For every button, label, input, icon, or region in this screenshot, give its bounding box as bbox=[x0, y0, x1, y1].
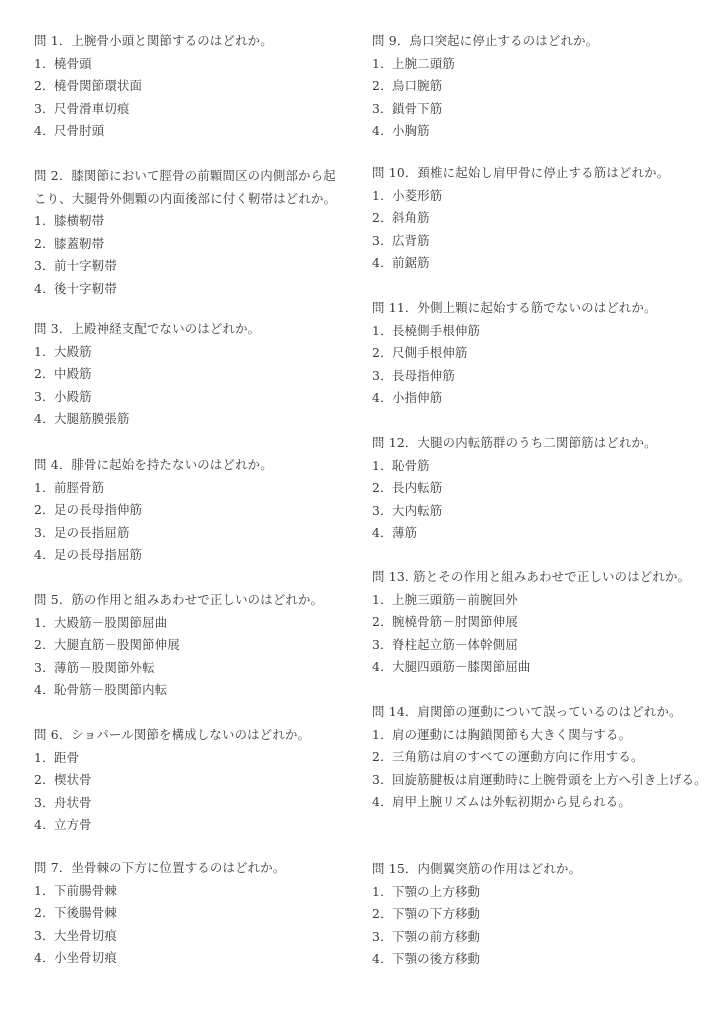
question-15: 問 15．内側翼突筋の作用はどれか。 1．下顎の上方移動 2．下顎の下方移動 3… bbox=[372, 858, 702, 971]
question-stem: 問 1．上腕骨小頭と関節するのはどれか。 bbox=[34, 30, 374, 53]
option-4: 4．尺骨肘頭 bbox=[34, 120, 374, 143]
option-number: 3． bbox=[34, 925, 54, 948]
option-number: 4． bbox=[34, 120, 54, 143]
option-number: 1． bbox=[372, 185, 392, 208]
option-text: 肩の運動には胸鎖関節も大きく関与する。 bbox=[392, 724, 702, 747]
option-3: 3．薄筋－股関節外転 bbox=[34, 657, 374, 680]
question-stem: 問 12．大腿の内転筋群のうち二関節筋はどれか。 bbox=[372, 432, 702, 455]
option-number: 2． bbox=[34, 233, 54, 256]
option-2: 2．下顎の下方移動 bbox=[372, 903, 702, 926]
option-number: 4． bbox=[372, 120, 392, 143]
option-2: 2．中殿筋 bbox=[34, 363, 374, 386]
question-stem: 問 5．筋の作用と組みあわせで正しいのはどれか。 bbox=[34, 589, 374, 612]
option-3: 3．広背筋 bbox=[372, 230, 702, 253]
option-text: 尺側手根伸筋 bbox=[392, 342, 702, 365]
option-text: 肩甲上腕リズムは外転初期から見られる。 bbox=[392, 791, 702, 814]
question-6: 問 6．ショパール関節を構成しないのはどれか。 1．距骨 2．楔状骨 3．舟状骨… bbox=[34, 724, 374, 837]
option-number: 2． bbox=[372, 207, 392, 230]
option-number: 3． bbox=[34, 98, 54, 121]
option-text: 小指伸筋 bbox=[392, 387, 702, 410]
question-stem: 問 15．内側翼突筋の作用はどれか。 bbox=[372, 858, 702, 881]
option-text: 薄筋 bbox=[392, 522, 702, 545]
question-1: 問 1．上腕骨小頭と関節するのはどれか。 1．橈骨頭 2．橈骨関節環状面 3．尺… bbox=[34, 30, 374, 143]
option-2: 2．橈骨関節環状面 bbox=[34, 75, 374, 98]
option-number: 1． bbox=[372, 455, 392, 478]
option-number: 1． bbox=[34, 477, 54, 500]
option-text: 烏口腕筋 bbox=[392, 75, 702, 98]
option-number: 3． bbox=[372, 926, 392, 949]
option-3: 3．下顎の前方移動 bbox=[372, 926, 702, 949]
option-1: 1．膝横靭帯 bbox=[34, 210, 374, 233]
option-number: 3． bbox=[372, 98, 392, 121]
option-text: 脊柱起立筋－体幹側屈 bbox=[392, 634, 702, 657]
option-number: 1． bbox=[34, 210, 54, 233]
option-number: 2． bbox=[372, 477, 392, 500]
option-text: 大腿直筋－股関節伸展 bbox=[54, 634, 374, 657]
option-1: 1．下顎の上方移動 bbox=[372, 881, 702, 904]
option-text: 長橈側手根伸筋 bbox=[392, 320, 702, 343]
option-text: 恥骨筋 bbox=[392, 455, 702, 478]
option-text: 長内転筋 bbox=[392, 477, 702, 500]
option-1: 1．大殿筋－股関節屈曲 bbox=[34, 612, 374, 635]
option-number: 2． bbox=[372, 746, 392, 769]
option-1: 1．前脛骨筋 bbox=[34, 477, 374, 500]
option-2: 2．楔状骨 bbox=[34, 769, 374, 792]
option-text: 大腿筋膜張筋 bbox=[54, 408, 374, 431]
option-text: 小菱形筋 bbox=[392, 185, 702, 208]
option-number: 3． bbox=[372, 769, 392, 792]
option-4: 4．下顎の後方移動 bbox=[372, 948, 702, 971]
option-text: 楔状骨 bbox=[54, 769, 374, 792]
option-text: 下後腸骨棘 bbox=[54, 902, 374, 925]
option-number: 1． bbox=[34, 612, 54, 635]
question-stem-line-2: こり、大腿骨外側顆の内面後部に付く靭帯はどれか。 bbox=[34, 188, 374, 211]
option-number: 1． bbox=[34, 747, 54, 770]
option-text: 後十字靭帯 bbox=[54, 278, 374, 301]
option-1: 1．上腕二頭筋 bbox=[372, 53, 702, 76]
option-text: 小殿筋 bbox=[54, 386, 374, 409]
option-number: 2． bbox=[372, 342, 392, 365]
option-2: 2．三角筋は肩のすべての運動方向に作用する。 bbox=[372, 746, 702, 769]
option-text: 下顎の下方移動 bbox=[392, 903, 702, 926]
option-text: 大腿四頭筋－膝関節屈曲 bbox=[392, 656, 702, 679]
question-stem: 問 4．腓骨に起始を持たないのはどれか。 bbox=[34, 454, 374, 477]
option-3: 3．小殿筋 bbox=[34, 386, 374, 409]
option-2: 2．膝蓋靭帯 bbox=[34, 233, 374, 256]
option-text: 中殿筋 bbox=[54, 363, 374, 386]
question-13: 問 13. 筋とその作用と組みあわせで正しいのはどれか。 1．上腕三頭筋－前腕回… bbox=[372, 566, 702, 679]
option-number: 2． bbox=[372, 75, 392, 98]
question-3: 問 3．上殿神経支配でないのはどれか。 1．大殿筋 2．中殿筋 3．小殿筋 4．… bbox=[34, 318, 374, 431]
option-2: 2．下後腸骨棘 bbox=[34, 902, 374, 925]
option-number: 1． bbox=[34, 53, 54, 76]
option-number: 1． bbox=[34, 880, 54, 903]
option-text: 三角筋は肩のすべての運動方向に作用する。 bbox=[392, 746, 702, 769]
option-text: 小胸筋 bbox=[392, 120, 702, 143]
option-text: 橈骨頭 bbox=[54, 53, 374, 76]
question-14: 問 14．肩関節の運動について誤っているのはどれか。 1．肩の運動には胸鎖関節も… bbox=[372, 701, 702, 814]
option-2: 2．足の長母指伸筋 bbox=[34, 499, 374, 522]
option-number: 4． bbox=[34, 814, 54, 837]
option-4: 4．立方骨 bbox=[34, 814, 374, 837]
option-text: 膝蓋靭帯 bbox=[54, 233, 374, 256]
option-text: 小坐骨切痕 bbox=[54, 947, 374, 970]
question-2: 問 2．膝関節において脛骨の前顆間区の内側部から起 こり、大腿骨外側顆の内面後部… bbox=[34, 165, 374, 301]
option-4: 4．小坐骨切痕 bbox=[34, 947, 374, 970]
option-number: 1． bbox=[372, 589, 392, 612]
option-3: 3．前十字靭帯 bbox=[34, 255, 374, 278]
option-text: 膝横靭帯 bbox=[54, 210, 374, 233]
option-text: 尺骨滑車切痕 bbox=[54, 98, 374, 121]
question-stem: 問 9．烏口突起に停止するのはどれか。 bbox=[372, 30, 702, 53]
option-3: 3．大坐骨切痕 bbox=[34, 925, 374, 948]
option-4: 4．恥骨筋－股関節内転 bbox=[34, 679, 374, 702]
option-number: 3． bbox=[34, 792, 54, 815]
question-10: 問 10．頚椎に起始し肩甲骨に停止する筋はどれか。 1．小菱形筋 2．斜角筋 3… bbox=[372, 162, 702, 275]
option-text: 距骨 bbox=[54, 747, 374, 770]
option-1: 1．上腕三頭筋－前腕回外 bbox=[372, 589, 702, 612]
option-number: 3． bbox=[34, 255, 54, 278]
option-number: 1． bbox=[372, 881, 392, 904]
option-4: 4．大腿筋膜張筋 bbox=[34, 408, 374, 431]
option-number: 2． bbox=[34, 769, 54, 792]
question-stem: 問 11．外側上顆に起始する筋でないのはどれか。 bbox=[372, 297, 702, 320]
option-number: 4． bbox=[372, 791, 392, 814]
option-2: 2．腕橈骨筋－肘関節伸展 bbox=[372, 611, 702, 634]
option-text: 腕橈骨筋－肘関節伸展 bbox=[392, 611, 702, 634]
option-number: 4． bbox=[34, 947, 54, 970]
option-text: 大殿筋－股関節屈曲 bbox=[54, 612, 374, 635]
option-text: 恥骨筋－股関節内転 bbox=[54, 679, 374, 702]
question-4: 問 4．腓骨に起始を持たないのはどれか。 1．前脛骨筋 2．足の長母指伸筋 3．… bbox=[34, 454, 374, 567]
option-number: 4． bbox=[34, 544, 54, 567]
option-text: 下前腸骨棘 bbox=[54, 880, 374, 903]
option-number: 2． bbox=[34, 75, 54, 98]
question-9: 問 9．烏口突起に停止するのはどれか。 1．上腕二頭筋 2．烏口腕筋 3．鎖骨下… bbox=[372, 30, 702, 143]
option-text: 大殿筋 bbox=[54, 341, 374, 364]
option-2: 2．尺側手根伸筋 bbox=[372, 342, 702, 365]
option-1: 1．橈骨頭 bbox=[34, 53, 374, 76]
option-number: 4． bbox=[372, 656, 392, 679]
question-stem: 問 7．坐骨棘の下方に位置するのはどれか。 bbox=[34, 857, 374, 880]
option-2: 2．長内転筋 bbox=[372, 477, 702, 500]
question-11: 問 11．外側上顆に起始する筋でないのはどれか。 1．長橈側手根伸筋 2．尺側手… bbox=[372, 297, 702, 410]
option-3: 3．鎖骨下筋 bbox=[372, 98, 702, 121]
option-3: 3．足の長指屈筋 bbox=[34, 522, 374, 545]
option-number: 1． bbox=[372, 320, 392, 343]
option-text: 上腕二頭筋 bbox=[392, 53, 702, 76]
option-text: 下顎の後方移動 bbox=[392, 948, 702, 971]
option-number: 3． bbox=[34, 386, 54, 409]
option-text: 鎖骨下筋 bbox=[392, 98, 702, 121]
option-text: 足の長指屈筋 bbox=[54, 522, 374, 545]
option-4: 4．肩甲上腕リズムは外転初期から見られる。 bbox=[372, 791, 702, 814]
question-7: 問 7．坐骨棘の下方に位置するのはどれか。 1．下前腸骨棘 2．下後腸骨棘 3．… bbox=[34, 857, 374, 970]
option-3: 3．舟状骨 bbox=[34, 792, 374, 815]
option-text: 足の長母指伸筋 bbox=[54, 499, 374, 522]
option-number: 4． bbox=[372, 252, 392, 275]
option-4: 4．足の長母指屈筋 bbox=[34, 544, 374, 567]
question-stem: 問 14．肩関節の運動について誤っているのはどれか。 bbox=[372, 701, 702, 724]
option-text: 広背筋 bbox=[392, 230, 702, 253]
question-stem: 問 13. 筋とその作用と組みあわせで正しいのはどれか。 bbox=[372, 566, 702, 589]
option-3: 3．大内転筋 bbox=[372, 500, 702, 523]
option-3: 3．脊柱起立筋－体幹側屈 bbox=[372, 634, 702, 657]
option-number: 1． bbox=[372, 724, 392, 747]
option-text: 舟状骨 bbox=[54, 792, 374, 815]
question-stem: 問 6．ショパール関節を構成しないのはどれか。 bbox=[34, 724, 374, 747]
option-1: 1．下前腸骨棘 bbox=[34, 880, 374, 903]
option-1: 1．大殿筋 bbox=[34, 341, 374, 364]
option-1: 1．恥骨筋 bbox=[372, 455, 702, 478]
option-2: 2．斜角筋 bbox=[372, 207, 702, 230]
option-number: 3． bbox=[372, 500, 392, 523]
option-number: 2． bbox=[34, 499, 54, 522]
option-text: 前十字靭帯 bbox=[54, 255, 374, 278]
option-4: 4．薄筋 bbox=[372, 522, 702, 545]
option-number: 1． bbox=[34, 341, 54, 364]
question-stem-line-1: 問 2．膝関節において脛骨の前顆間区の内側部から起 bbox=[34, 165, 374, 188]
option-number: 4． bbox=[372, 948, 392, 971]
question-5: 問 5．筋の作用と組みあわせで正しいのはどれか。 1．大殿筋－股関節屈曲 2．大… bbox=[34, 589, 374, 702]
option-3: 3．尺骨滑車切痕 bbox=[34, 98, 374, 121]
option-text: 尺骨肘頭 bbox=[54, 120, 374, 143]
option-1: 1．小菱形筋 bbox=[372, 185, 702, 208]
option-3: 3．長母指伸筋 bbox=[372, 365, 702, 388]
option-1: 1．肩の運動には胸鎖関節も大きく関与する。 bbox=[372, 724, 702, 747]
option-text: 長母指伸筋 bbox=[392, 365, 702, 388]
option-4: 4．小指伸筋 bbox=[372, 387, 702, 410]
option-number: 3． bbox=[372, 230, 392, 253]
option-number: 2． bbox=[34, 634, 54, 657]
option-text: 足の長母指屈筋 bbox=[54, 544, 374, 567]
option-text: 立方骨 bbox=[54, 814, 374, 837]
option-number: 3． bbox=[372, 365, 392, 388]
option-1: 1．長橈側手根伸筋 bbox=[372, 320, 702, 343]
option-2: 2．大腿直筋－股関節伸展 bbox=[34, 634, 374, 657]
option-text: 回旋筋腱板は肩運動時に上腕骨頭を上方へ引き上げる。 bbox=[392, 772, 707, 787]
option-number: 4． bbox=[372, 387, 392, 410]
option-4: 4．小胸筋 bbox=[372, 120, 702, 143]
option-number: 3． bbox=[372, 634, 392, 657]
option-number: 3． bbox=[34, 522, 54, 545]
option-text: 前脛骨筋 bbox=[54, 477, 374, 500]
option-text: 下顎の前方移動 bbox=[392, 926, 702, 949]
option-number: 2． bbox=[34, 902, 54, 925]
option-number: 2． bbox=[34, 363, 54, 386]
option-number: 1． bbox=[372, 53, 392, 76]
option-text: 斜角筋 bbox=[392, 207, 702, 230]
option-1: 1．距骨 bbox=[34, 747, 374, 770]
option-2: 2．烏口腕筋 bbox=[372, 75, 702, 98]
question-stem: 問 3．上殿神経支配でないのはどれか。 bbox=[34, 318, 374, 341]
option-text: 薄筋－股関節外転 bbox=[54, 657, 374, 680]
option-text: 下顎の上方移動 bbox=[392, 881, 702, 904]
question-stem: 問 10．頚椎に起始し肩甲骨に停止する筋はどれか。 bbox=[372, 162, 702, 185]
option-4: 4．後十字靭帯 bbox=[34, 278, 374, 301]
option-number: 3． bbox=[34, 657, 54, 680]
option-text: 大坐骨切痕 bbox=[54, 925, 374, 948]
option-number: 4． bbox=[34, 679, 54, 702]
option-text: 前鋸筋 bbox=[392, 252, 702, 275]
option-4: 4．大腿四頭筋－膝関節屈曲 bbox=[372, 656, 702, 679]
option-3: 3．回旋筋腱板は肩運動時に上腕骨頭を上方へ引き上げる。 bbox=[372, 769, 702, 792]
option-text: 橈骨関節環状面 bbox=[54, 75, 374, 98]
option-text: 上腕三頭筋－前腕回外 bbox=[392, 589, 702, 612]
option-number: 4． bbox=[372, 522, 392, 545]
option-4: 4．前鋸筋 bbox=[372, 252, 702, 275]
option-number: 2． bbox=[372, 903, 392, 926]
option-text: 大内転筋 bbox=[392, 500, 702, 523]
option-number: 4． bbox=[34, 408, 54, 431]
option-number: 4． bbox=[34, 278, 54, 301]
option-number: 2． bbox=[372, 611, 392, 634]
question-12: 問 12．大腿の内転筋群のうち二関節筋はどれか。 1．恥骨筋 2．長内転筋 3．… bbox=[372, 432, 702, 545]
